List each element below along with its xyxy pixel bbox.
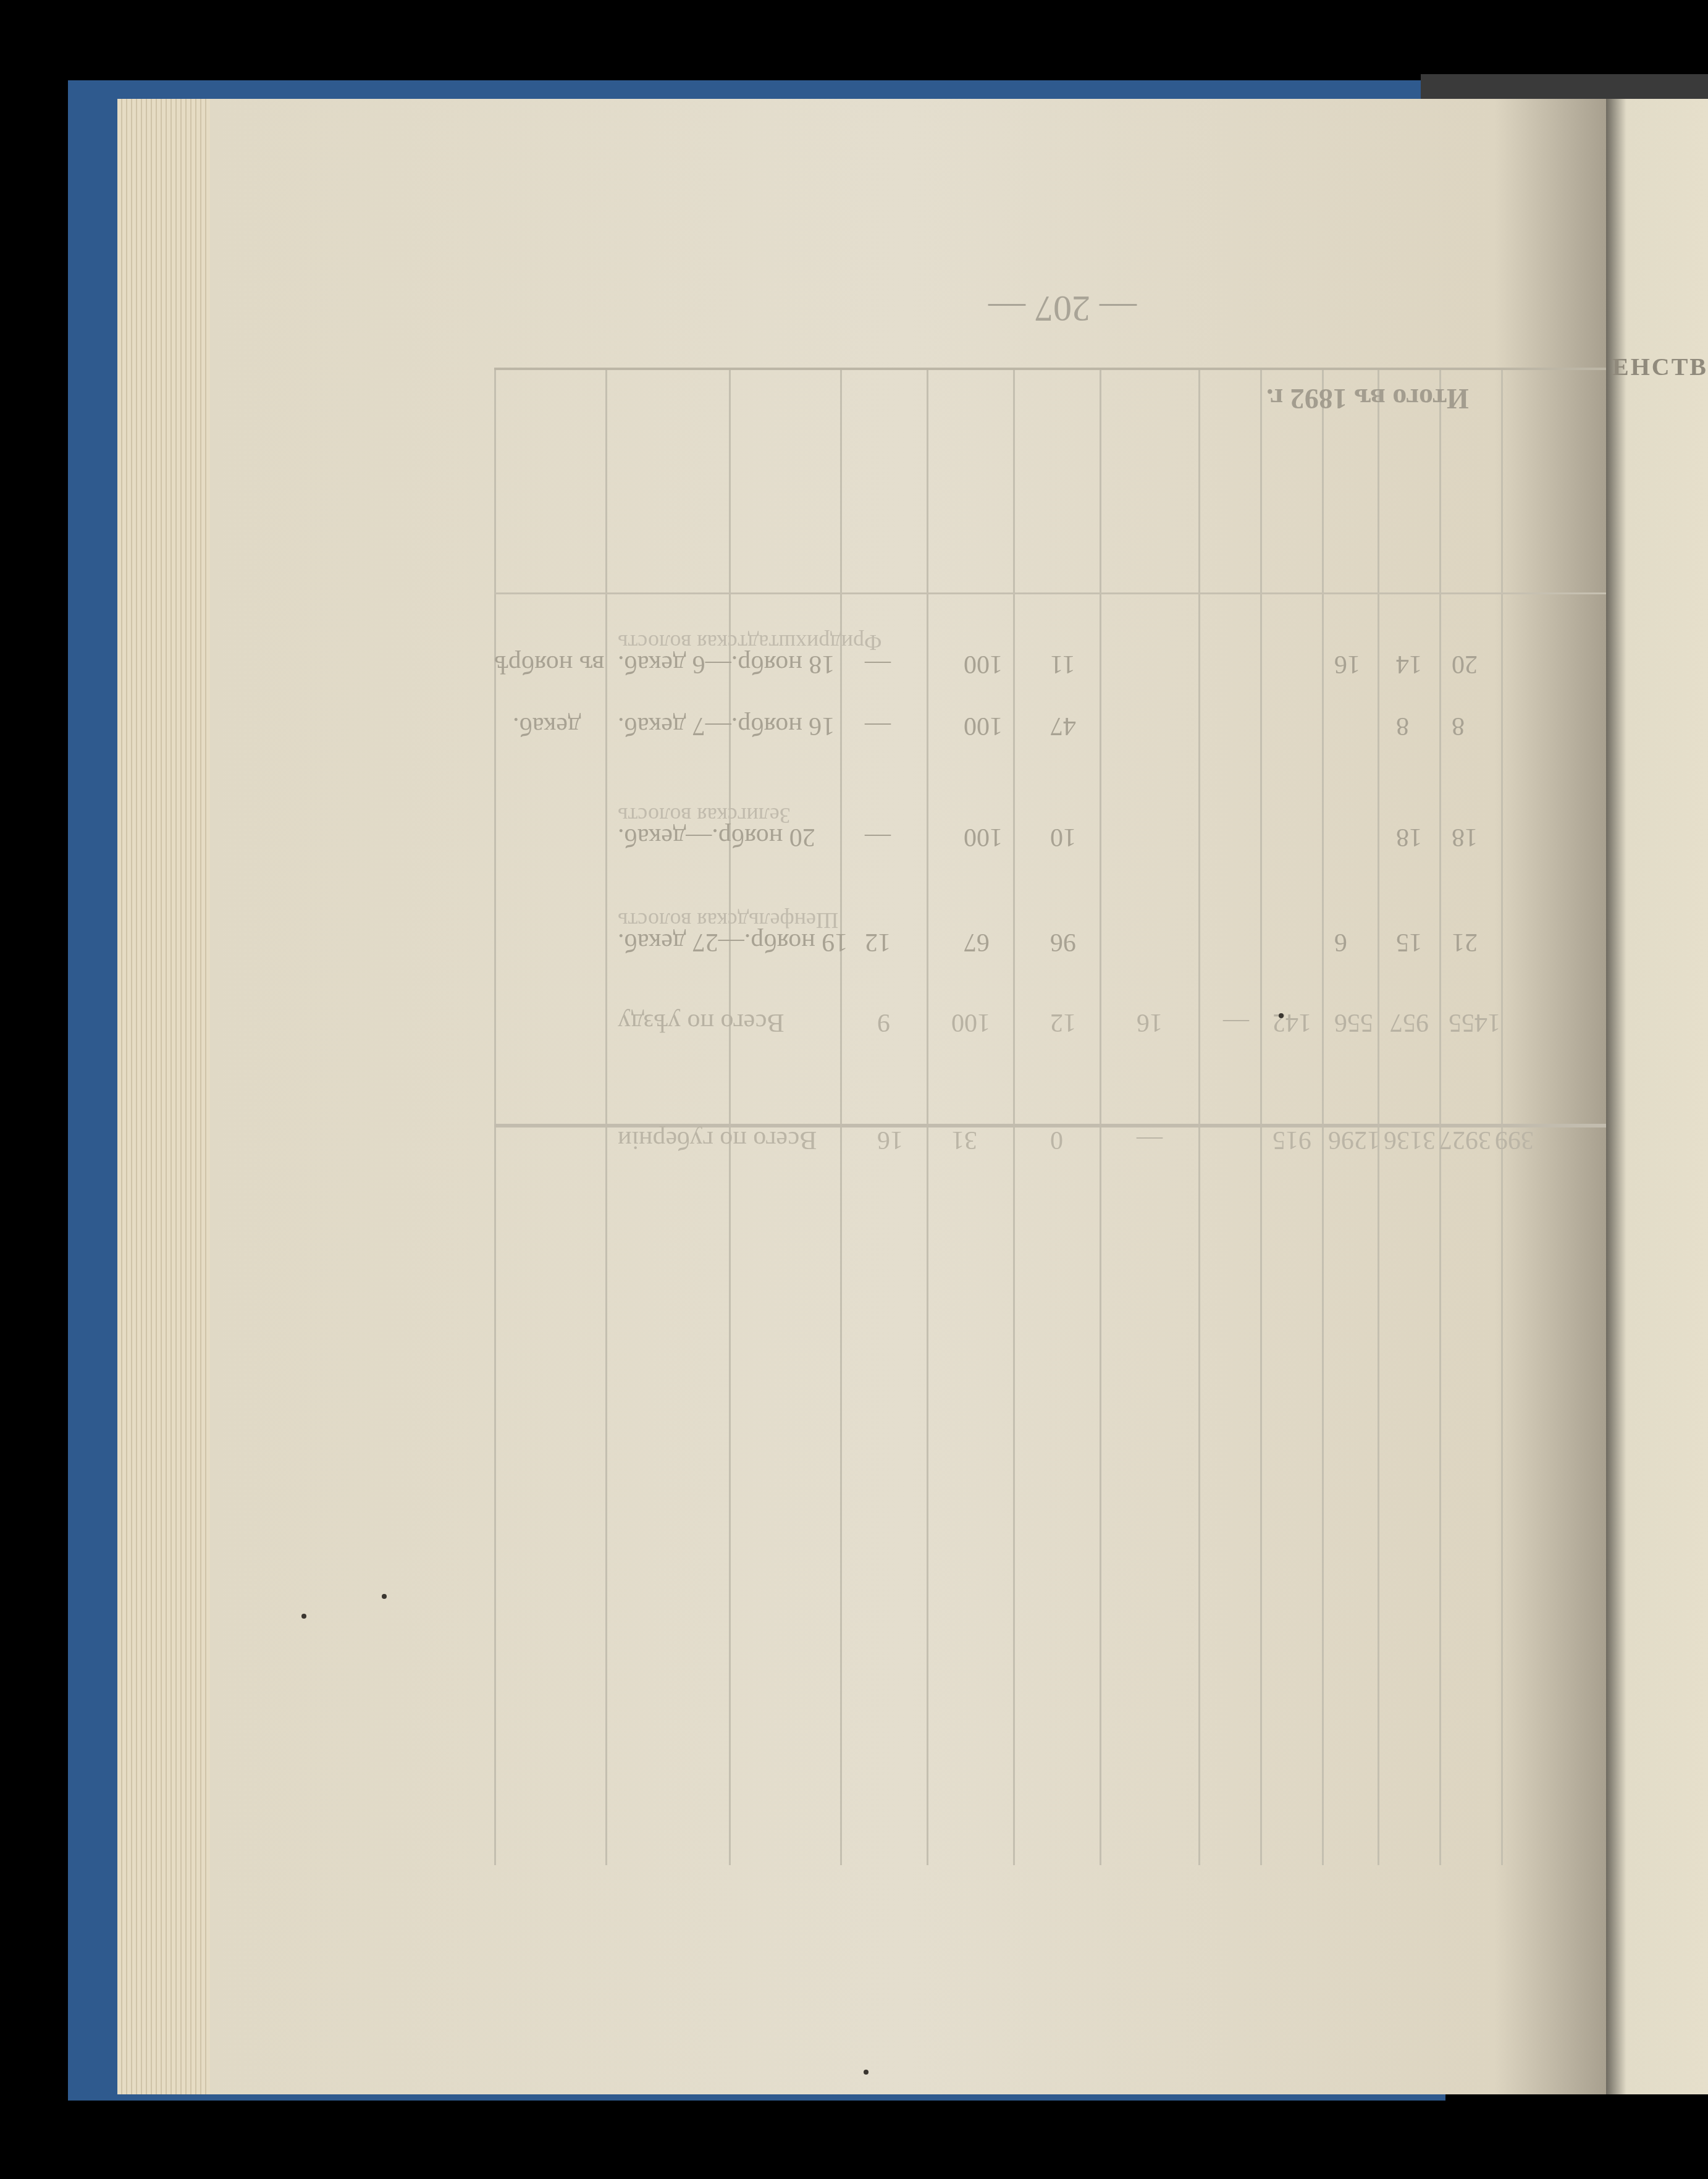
cell: 8 — [1396, 711, 1409, 741]
cell: 0 — [1050, 1125, 1063, 1155]
cell-period: 20 ноябр.—декаб. — [618, 822, 815, 852]
cell: 100 — [951, 1008, 990, 1037]
cell: 9 — [877, 1008, 890, 1037]
cell: 3927 — [1439, 1125, 1491, 1155]
right-page — [1606, 99, 1708, 2094]
statistics-table: Итого въ 1892 г. Фридрихштадтская волост… — [494, 368, 1606, 1865]
cell: 100 — [964, 649, 1003, 679]
cell-period: 16 ноябр.—7 декаб. — [618, 711, 835, 741]
scanner-bar — [1421, 74, 1708, 102]
page-number: — 207 — — [988, 287, 1137, 330]
paper-speck — [301, 1614, 306, 1619]
col-rule — [729, 370, 731, 1865]
cell: 10 — [1050, 822, 1076, 852]
cell: 12 — [1050, 1008, 1076, 1037]
cell: 18 — [1452, 822, 1478, 852]
page-edges — [117, 99, 216, 2094]
paper-speck — [864, 2070, 869, 2075]
col-rule — [1322, 370, 1324, 1865]
right-page-header: ЕНСТВ — [1612, 352, 1708, 381]
cell: 6 — [1334, 927, 1347, 957]
cell: 16 — [1137, 1008, 1163, 1037]
header-rule — [494, 592, 1606, 594]
cell: 100 — [964, 822, 1003, 852]
col-rule — [605, 370, 607, 1865]
cell: 3136 — [1384, 1125, 1436, 1155]
cell: 1296 — [1328, 1125, 1380, 1155]
cell: 399 — [1495, 1125, 1534, 1155]
cell: — — [865, 711, 891, 741]
cell: 47 — [1050, 711, 1076, 741]
cell: 18 — [1396, 822, 1422, 852]
col-rule — [927, 370, 928, 1865]
cell: — — [1137, 1125, 1163, 1155]
col-rule — [1260, 370, 1262, 1865]
cell: 20 — [1452, 649, 1478, 679]
cell-place: декаб. — [513, 711, 581, 741]
cell-place: въ ноябрѣ — [494, 649, 604, 679]
cell: 31 — [951, 1125, 977, 1155]
cell: 8 — [1452, 711, 1465, 741]
total-label: Всего по губерніи — [618, 1125, 817, 1155]
cell: 21 — [1452, 927, 1478, 957]
col-rule — [1013, 370, 1015, 1865]
cell: 142 — [1273, 1008, 1311, 1037]
cell: 100 — [964, 711, 1003, 741]
cell: 11 — [1050, 649, 1075, 679]
cell: 1455 — [1449, 1008, 1500, 1037]
cell: 16 — [877, 1125, 903, 1155]
col-rule — [840, 370, 842, 1865]
cell: 16 — [1334, 649, 1360, 679]
col-rule — [1378, 370, 1379, 1865]
cell: 96 — [1050, 927, 1076, 957]
cell: — — [865, 822, 891, 852]
cell: — — [865, 649, 891, 679]
header-group-title: Итого въ 1892 г. — [1266, 382, 1469, 415]
paper-speck — [1279, 1013, 1284, 1018]
cell: 14 — [1396, 649, 1422, 679]
cell: 12 — [865, 927, 891, 957]
col-rule — [494, 370, 496, 1865]
col-rule — [1439, 370, 1441, 1865]
cell: 15 — [1396, 927, 1422, 957]
cell-period: 19 ноябр.—27 декаб. — [618, 927, 848, 957]
cell: 67 — [964, 927, 990, 957]
col-rule — [1100, 370, 1101, 1865]
cell-period: 18 ноябр.—6 декаб. — [618, 649, 835, 679]
col-rule — [1198, 370, 1200, 1865]
col-rule — [1501, 370, 1503, 1865]
cell: 915 — [1273, 1125, 1311, 1155]
paper-speck — [382, 1594, 387, 1599]
cell: 957 — [1390, 1008, 1429, 1037]
cell: — — [1223, 1008, 1249, 1037]
cell: 556 — [1334, 1008, 1373, 1037]
total-label: Всего по уѣзду — [618, 1008, 784, 1037]
